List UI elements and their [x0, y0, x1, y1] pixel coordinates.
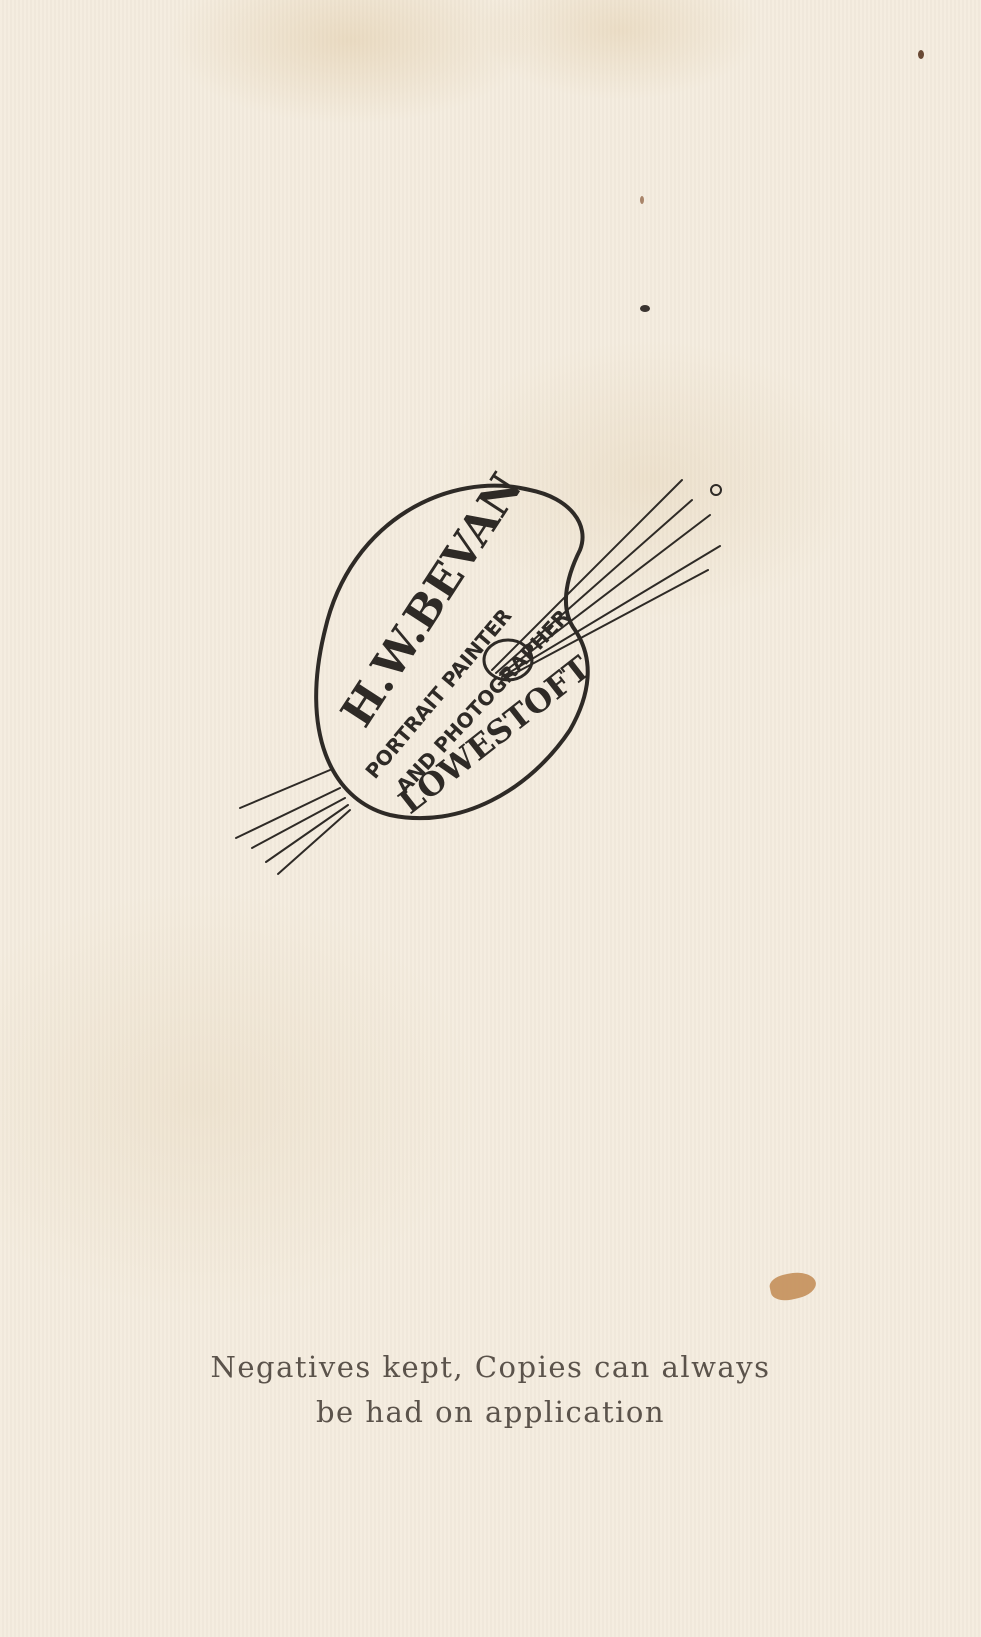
- ink-speck: [640, 196, 644, 204]
- footer-line-2: be had on application: [0, 1395, 981, 1429]
- palette-logo: H.W.BEVAN PORTRAIT PAINTER AND PHOTOGRAP…: [230, 470, 740, 930]
- ink-speck: [640, 305, 650, 312]
- brush-handles-icon: [236, 770, 350, 874]
- photo-card-back: H.W.BEVAN PORTRAIT PAINTER AND PHOTOGRAP…: [0, 0, 981, 1637]
- footer-line-1: Negatives kept, Copies can always: [0, 1350, 981, 1384]
- brown-stain: [768, 1269, 818, 1304]
- ink-speck: [918, 50, 924, 59]
